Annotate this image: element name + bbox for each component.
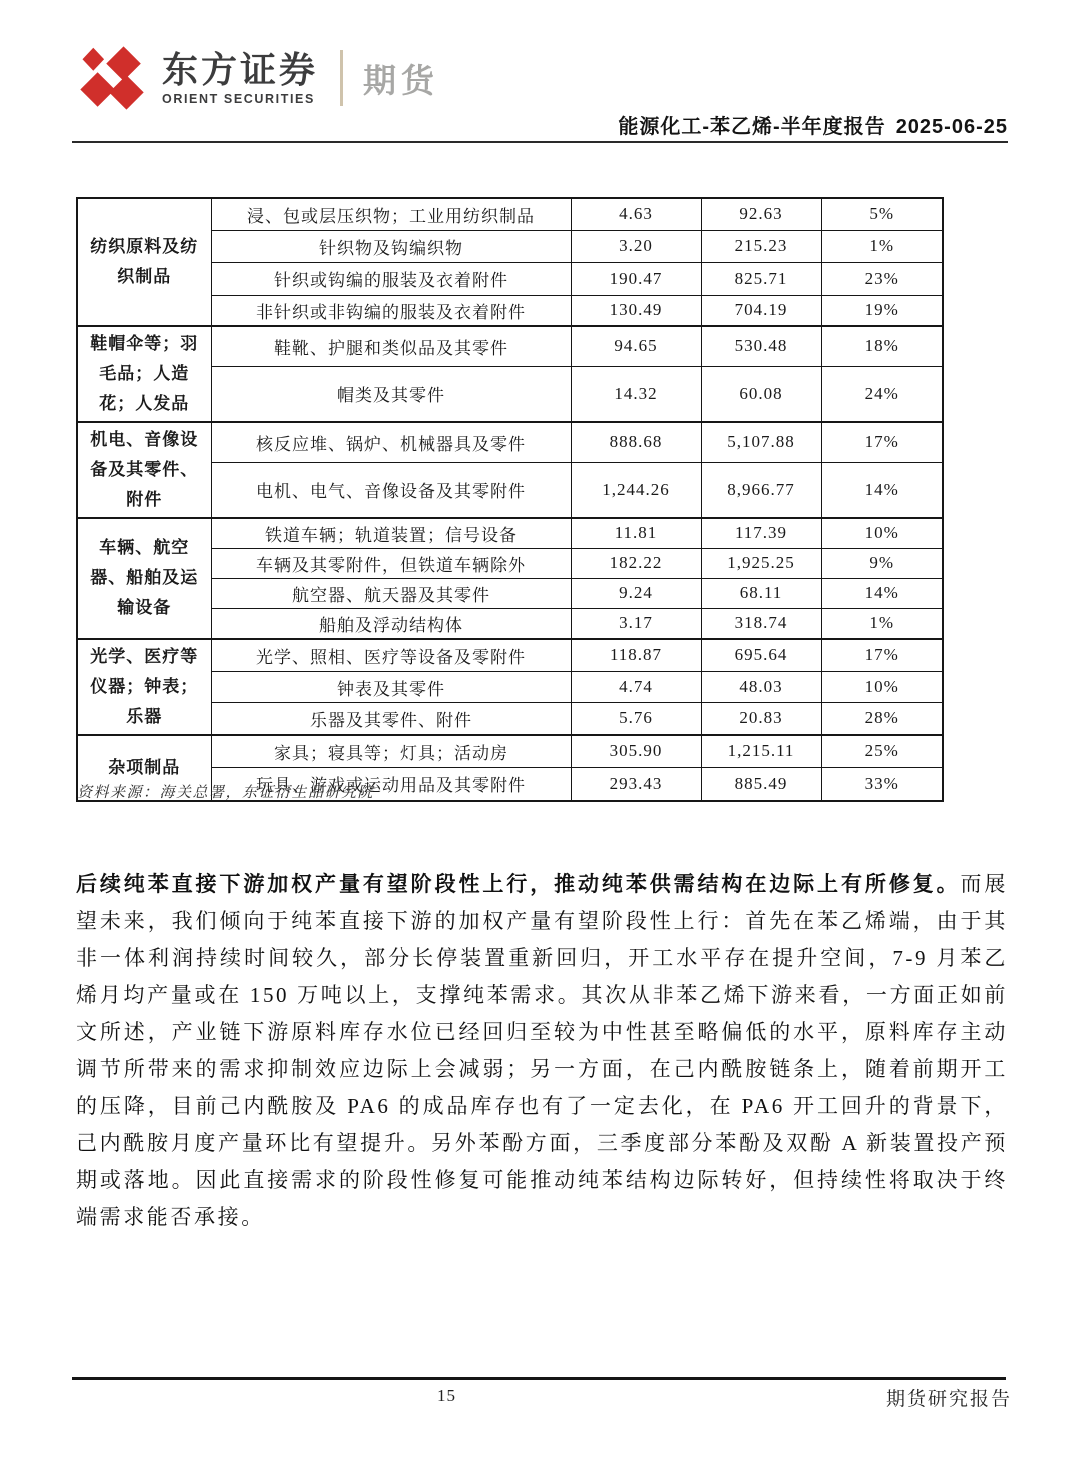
- report-header-title: 能源化工-苯乙烯-半年度报告2025-06-25: [618, 110, 1008, 139]
- item-cell: 针织物及钩编织物: [211, 230, 571, 262]
- pct-cell: 17%: [821, 422, 943, 463]
- value1-cell: 182.22: [571, 548, 701, 578]
- item-cell: 鞋靴、护腿和类似品及其零件: [211, 326, 571, 367]
- value1-cell: 5.76: [571, 703, 701, 735]
- table-row: 光学、医疗等仪器；钟表；乐器 光学、照相、医疗等设备及零附件 118.87 69…: [77, 639, 943, 672]
- value1-cell: 293.43: [571, 768, 701, 801]
- item-cell: 电机、电气、音像设备及其零附件: [211, 462, 571, 517]
- value1-cell: 94.65: [571, 326, 701, 367]
- pct-cell: 10%: [821, 518, 943, 549]
- analysis-paragraph: 后续纯苯直接下游加权产量有望阶段性上行，推动纯苯供需结构在边际上有所修复。而展望…: [76, 866, 1008, 1236]
- group-label: 纺织原料及纺织制品: [77, 198, 211, 326]
- group-label: 车辆、航空器、船舶及运输设备: [77, 518, 211, 639]
- pct-cell: 9%: [821, 548, 943, 578]
- value2-cell: 1,215.11: [701, 735, 821, 768]
- value1-cell: 305.90: [571, 735, 701, 768]
- value2-cell: 5,107.88: [701, 422, 821, 463]
- group-label: 鞋帽伞等；羽毛品；人造花；人发品: [77, 326, 211, 422]
- value2-cell: 695.64: [701, 639, 821, 672]
- brand-divider: [340, 50, 343, 106]
- value2-cell: 825.71: [701, 262, 821, 295]
- pct-cell: 14%: [821, 462, 943, 517]
- value1-cell: 14.32: [571, 367, 701, 422]
- report-title-text: 能源化工-苯乙烯-半年度报告: [618, 116, 885, 138]
- brand-text-block: 东方证券 ORIENT SECURITIES: [162, 51, 318, 106]
- item-cell: 帽类及其零件: [211, 367, 571, 422]
- source-note: 资料来源：海关总署，东证衍生品研究院: [77, 781, 374, 802]
- pct-cell: 28%: [821, 703, 943, 735]
- item-cell: 铁道车辆；轨道装置；信号设备: [211, 518, 571, 549]
- value2-cell: 60.08: [701, 367, 821, 422]
- item-cell: 光学、照相、医疗等设备及零附件: [211, 639, 571, 672]
- brand-name-en: ORIENT SECURITIES: [162, 92, 318, 106]
- pct-cell: 25%: [821, 735, 943, 768]
- value1-cell: 11.81: [571, 518, 701, 549]
- pct-cell: 1%: [821, 608, 943, 639]
- item-cell: 核反应堆、锅炉、机械器具及零件: [211, 422, 571, 463]
- pct-cell: 18%: [821, 326, 943, 367]
- value2-cell: 68.11: [701, 578, 821, 608]
- item-cell: 钟表及其零件: [211, 671, 571, 703]
- value1-cell: 4.74: [571, 671, 701, 703]
- page-number: 15: [437, 1386, 456, 1406]
- table-row: 鞋帽伞等；羽毛品；人造花；人发品 鞋靴、护腿和类似品及其零件 94.65 530…: [77, 326, 943, 367]
- brand-header: 东方证券 ORIENT SECURITIES 期货: [76, 42, 439, 114]
- value2-cell: 48.03: [701, 671, 821, 703]
- value2-cell: 704.19: [701, 295, 821, 326]
- footer-report-label: 期货研究报告: [886, 1384, 1012, 1411]
- value1-cell: 888.68: [571, 422, 701, 463]
- pct-cell: 1%: [821, 230, 943, 262]
- value2-cell: 530.48: [701, 326, 821, 367]
- report-page: 东方证券 ORIENT SECURITIES 期货 能源化工-苯乙烯-半年度报告…: [0, 0, 1080, 1466]
- value1-cell: 130.49: [571, 295, 701, 326]
- paragraph-body-text: 而展望未来，我们倾向于纯苯直接下游的加权产量有望阶段性上行：首先在苯乙烯端，由于…: [76, 872, 1008, 1229]
- value1-cell: 1,244.26: [571, 462, 701, 517]
- value2-cell: 8,966.77: [701, 462, 821, 517]
- value2-cell: 1,925.25: [701, 548, 821, 578]
- table-row: 机电、音像设备及其零件、附件 核反应堆、锅炉、机械器具及零件 888.68 5,…: [77, 422, 943, 463]
- item-cell: 非针织或非钩编的服装及衣着附件: [211, 295, 571, 326]
- value2-cell: 117.39: [701, 518, 821, 549]
- pct-cell: 24%: [821, 367, 943, 422]
- brand-name-cn: 东方证券: [162, 51, 318, 89]
- pct-cell: 14%: [821, 578, 943, 608]
- value1-cell: 190.47: [571, 262, 701, 295]
- group-label: 光学、医疗等仪器；钟表；乐器: [77, 639, 211, 735]
- report-date: 2025-06-25: [896, 116, 1008, 138]
- pct-cell: 23%: [821, 262, 943, 295]
- value1-cell: 3.20: [571, 230, 701, 262]
- value2-cell: 215.23: [701, 230, 821, 262]
- item-cell: 航空器、航天器及其零件: [211, 578, 571, 608]
- pct-cell: 5%: [821, 198, 943, 230]
- value1-cell: 4.63: [571, 198, 701, 230]
- import-table-wrap: 纺织原料及纺织制品 浸、包或层压织物；工业用纺织制品 4.63 92.63 5%…: [76, 197, 944, 802]
- brand-division-label: 期货: [363, 55, 439, 102]
- table-row: 车辆、航空器、船舶及运输设备 铁道车辆；轨道装置；信号设备 11.81 117.…: [77, 518, 943, 549]
- item-cell: 家具；寝具等；灯具；活动房: [211, 735, 571, 768]
- paragraph-lead-bold: 后续纯苯直接下游加权产量有望阶段性上行，推动纯苯供需结构在边际上有所修复。: [76, 872, 960, 896]
- value1-cell: 9.24: [571, 578, 701, 608]
- pct-cell: 17%: [821, 639, 943, 672]
- value2-cell: 318.74: [701, 608, 821, 639]
- header-rule: [72, 141, 1008, 143]
- value2-cell: 885.49: [701, 768, 821, 801]
- import-categories-table: 纺织原料及纺织制品 浸、包或层压织物；工业用纺织制品 4.63 92.63 5%…: [76, 197, 944, 802]
- value2-cell: 92.63: [701, 198, 821, 230]
- item-cell: 针织或钩编的服装及衣着附件: [211, 262, 571, 295]
- pct-cell: 33%: [821, 768, 943, 801]
- item-cell: 船舶及浮动结构体: [211, 608, 571, 639]
- table-row: 纺织原料及纺织制品 浸、包或层压织物；工业用纺织制品 4.63 92.63 5%: [77, 198, 943, 230]
- item-cell: 浸、包或层压织物；工业用纺织制品: [211, 198, 571, 230]
- item-cell: 乐器及其零件、附件: [211, 703, 571, 735]
- pct-cell: 19%: [821, 295, 943, 326]
- orient-securities-logo-icon: [76, 42, 148, 114]
- value1-cell: 3.17: [571, 608, 701, 639]
- footer-rule: [72, 1377, 1006, 1380]
- table-row: 杂项制品 家具；寝具等；灯具；活动房 305.90 1,215.11 25%: [77, 735, 943, 768]
- value2-cell: 20.83: [701, 703, 821, 735]
- value1-cell: 118.87: [571, 639, 701, 672]
- pct-cell: 10%: [821, 671, 943, 703]
- item-cell: 车辆及其零附件，但铁道车辆除外: [211, 548, 571, 578]
- group-label: 机电、音像设备及其零件、附件: [77, 422, 211, 518]
